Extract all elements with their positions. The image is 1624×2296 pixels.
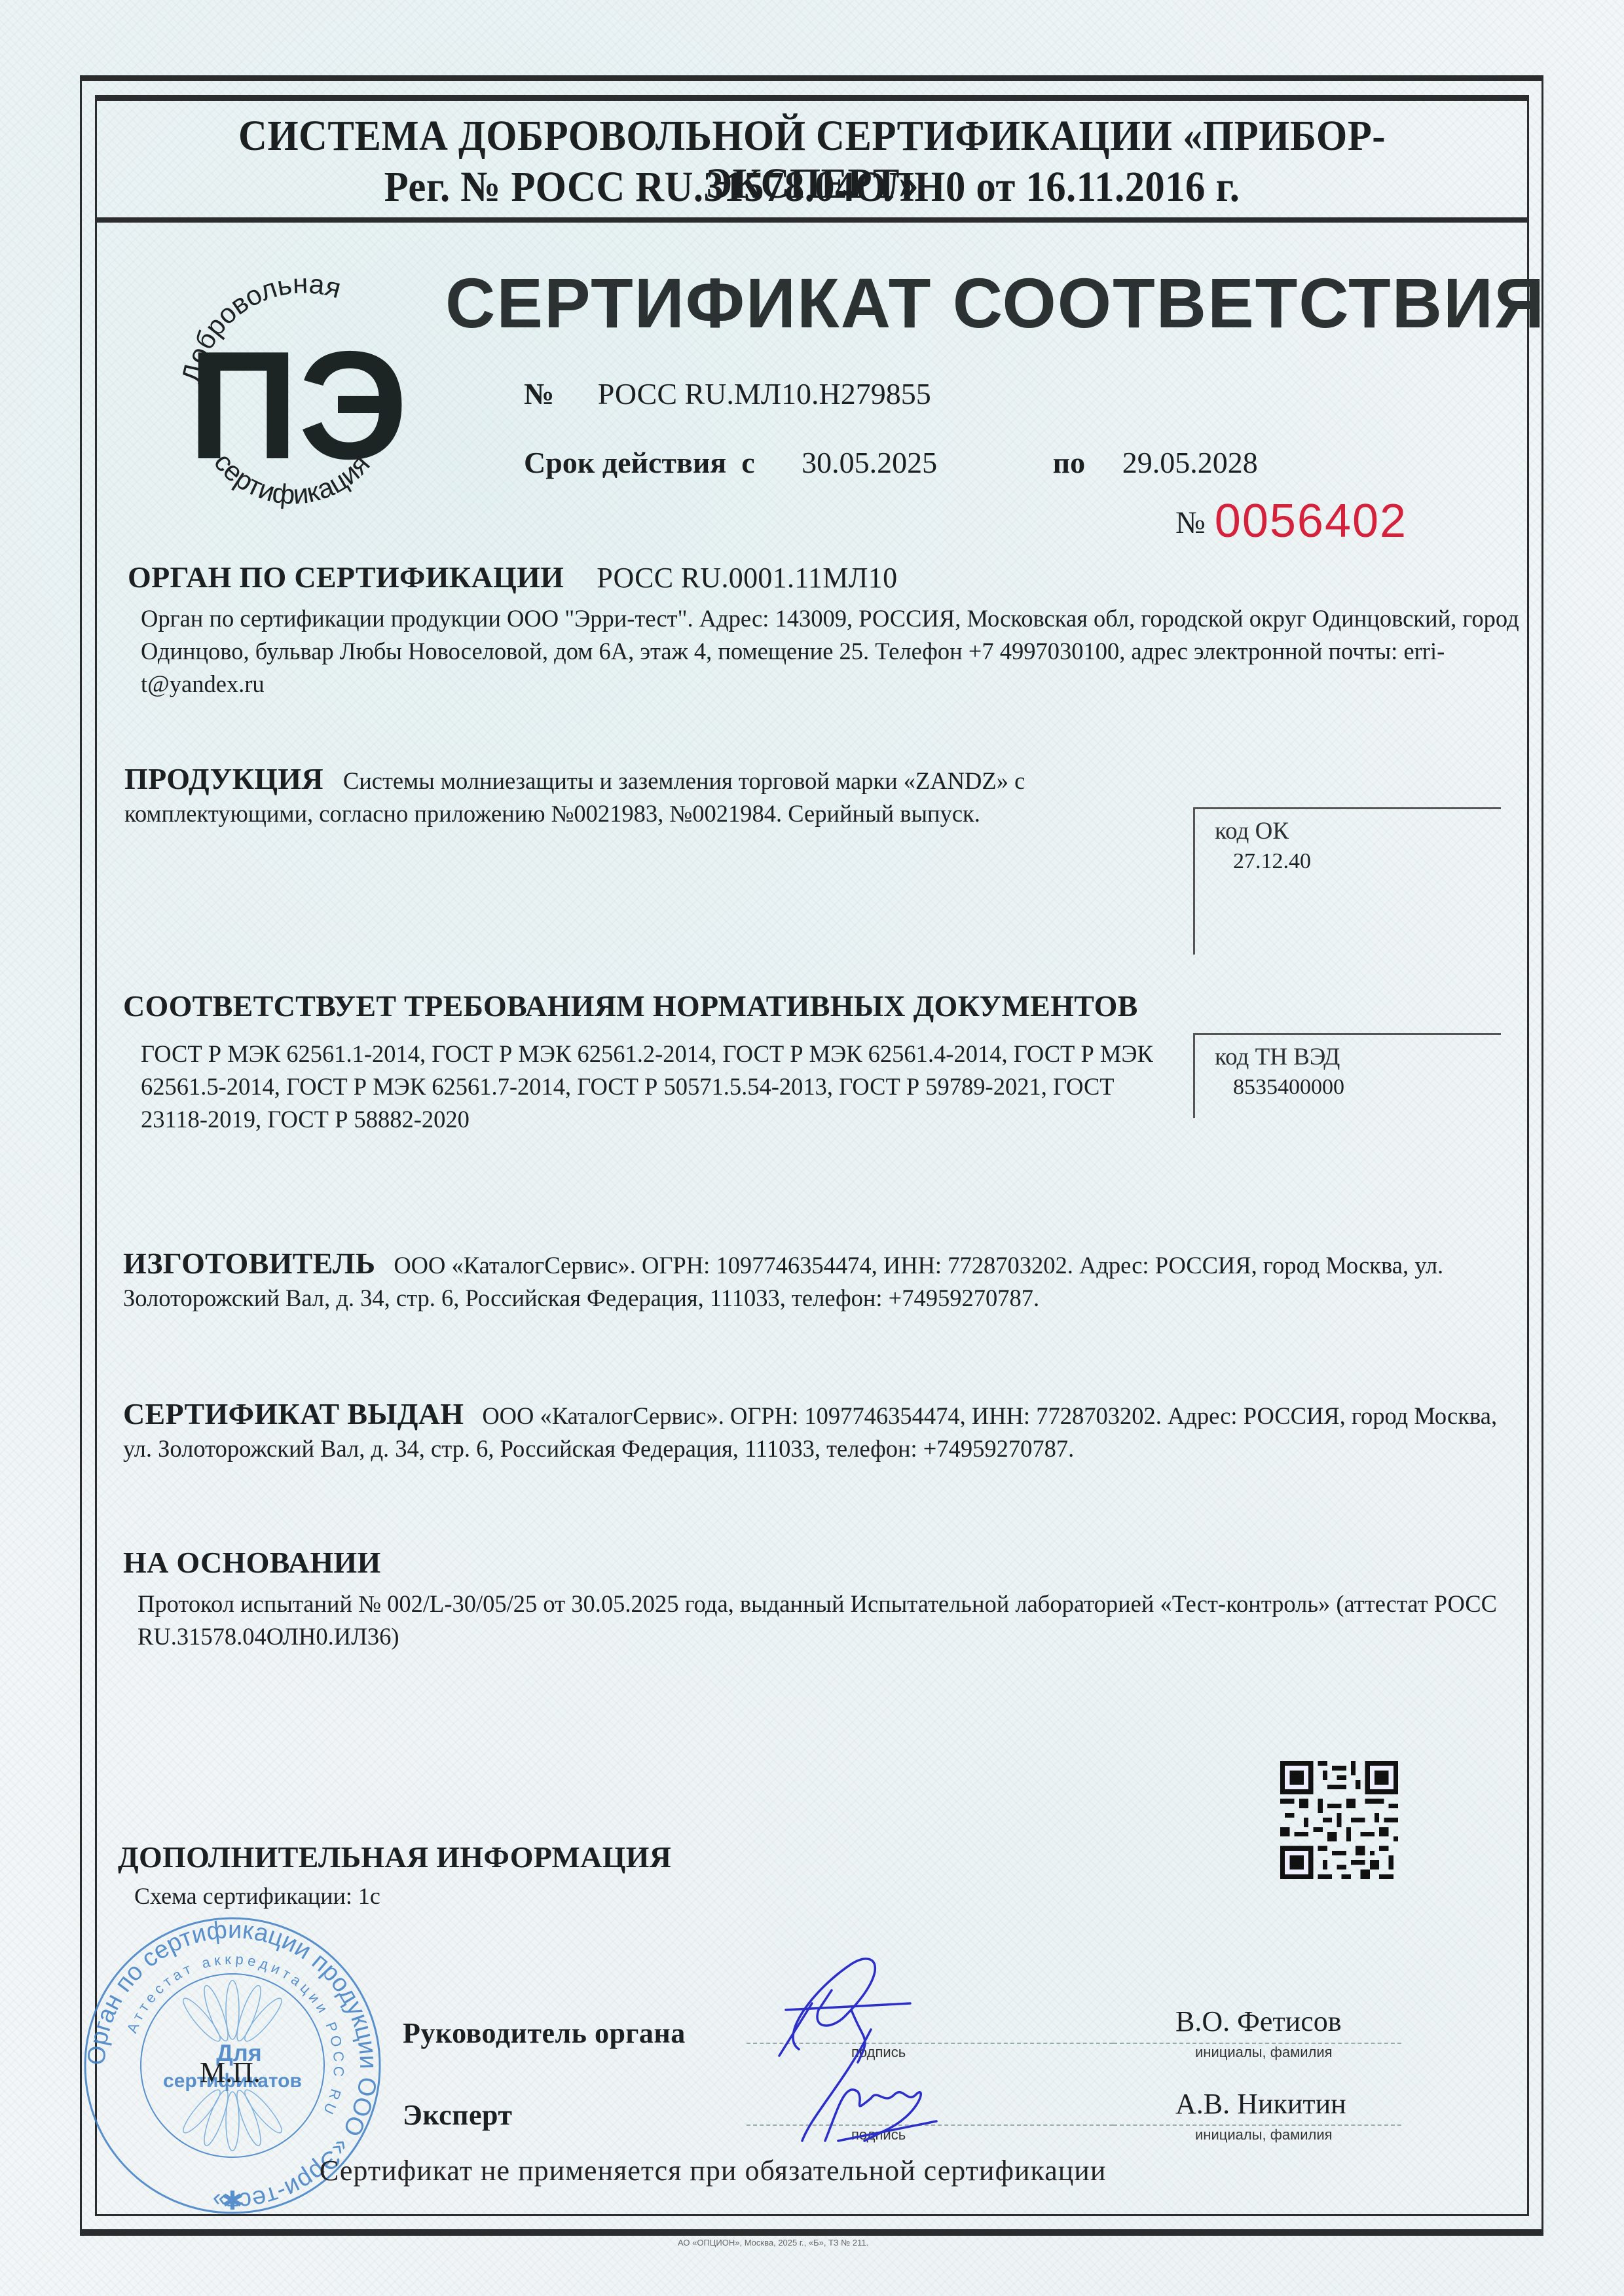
issued-to-heading: СЕРТИФИКАТ ВЫДАН [123, 1397, 464, 1430]
ok-code-label: код ОК [1215, 817, 1501, 845]
handwritten-signatures-icon [773, 1944, 1008, 2154]
ok-code-box: код ОК 27.12.40 [1193, 807, 1501, 955]
tn-ved-value: 8535400000 [1233, 1075, 1501, 1100]
valid-to-label: по [1053, 446, 1086, 479]
certification-body-heading: ОРГАН ПО СЕРТИФИКАЦИИРОСС RU.0001.11МЛ10 [128, 560, 897, 594]
manufacturer-section: ИЗГОТОВИТЕЛЬООО «КаталогСервис». ОГРН: 1… [123, 1247, 1524, 1315]
basis-heading: НА ОСНОВАНИИ [123, 1545, 381, 1580]
validity-label: Срок действия [524, 446, 726, 479]
ok-code-value: 27.12.40 [1233, 849, 1501, 874]
certification-scheme: Схема сертификации: 1с [134, 1882, 380, 1910]
serial-row: №0056402 [1175, 494, 1407, 548]
certification-body-text: Орган по сертификации продукции ООО "Эрр… [141, 602, 1522, 701]
serial-number: 0056402 [1215, 495, 1407, 547]
standards-text: ГОСТ Р МЭК 62561.1-2014, ГОСТ Р МЭК 6256… [141, 1038, 1182, 1136]
head-name-caption: инициалы, фамилия [1195, 2044, 1333, 2061]
pe-logo: Добровольная ПЭ сертификация [174, 259, 422, 534]
tn-ved-code-box: код ТН ВЭД 8535400000 [1193, 1033, 1501, 1118]
head-of-body-label: Руководитель органа [403, 2016, 686, 2050]
expert-label: Эксперт [403, 2098, 513, 2132]
qr-code-icon[interactable] [1280, 1761, 1398, 1879]
valid-from-label: с [741, 446, 754, 479]
valid-from: 30.05.2025 [802, 446, 937, 479]
system-registration: Рег. № РОСС RU.31578.04ОЛН0 от 16.11.201… [153, 164, 1472, 211]
issued-to-section: СЕРТИФИКАТ ВЫДАНООО «КаталогСервис». ОГР… [123, 1398, 1524, 1465]
valid-to: 29.05.2028 [1122, 446, 1258, 479]
validity-row: Срок действия с 30.05.2025 по 29.05.2028 [524, 445, 1258, 480]
certificate-number-row: № РОСС RU.МЛ10.Н279855 [524, 376, 931, 411]
expert-name-line [1113, 2124, 1401, 2126]
header-divider [95, 217, 1529, 223]
footer-notice: Сертификат не применяется при обязательн… [320, 2154, 1106, 2187]
expert-name: А.В. Никитин [1175, 2087, 1346, 2121]
certification-body-code: РОСС RU.0001.11МЛ10 [597, 562, 897, 594]
serial-label: № [1175, 505, 1206, 540]
additional-info-heading: ДОПОЛНИТЕЛЬНАЯ ИНФОРМАЦИЯ [118, 1840, 671, 1874]
tn-ved-label: код ТН ВЭД [1215, 1043, 1501, 1071]
printer-imprint: АО «ОПЦИОН», Москва, 2025 г., «Б», ТЗ № … [678, 2238, 868, 2248]
number-label: № [524, 377, 554, 410]
svg-text:✱: ✱ [221, 2186, 244, 2215]
standards-heading: СООТВЕТСТВУЕТ ТРЕБОВАНИЯМ НОРМАТИВНЫХ ДО… [123, 989, 1138, 1023]
mp-label: М.П. [200, 2056, 261, 2089]
manufacturer-heading: ИЗГОТОВИТЕЛЬ [123, 1247, 375, 1280]
certificate-number: РОСС RU.МЛ10.Н279855 [598, 377, 931, 410]
expert-name-caption: инициалы, фамилия [1195, 2126, 1333, 2143]
certification-body-label: ОРГАН ПО СЕРТИФИКАЦИИ [128, 560, 564, 594]
certificate-title: СЕРТИФИКАТ СООТВЕТСТВИЯ [445, 262, 1545, 344]
product-heading: ПРОДУКЦИЯ [124, 762, 323, 795]
basis-text: Протокол испытаний № 002/L-30/05/25 от 3… [138, 1588, 1532, 1653]
product-section: ПРОДУКЦИЯСистемы молниезащиты и заземлен… [124, 763, 1172, 830]
head-name: В.О. Фетисов [1175, 2005, 1342, 2038]
